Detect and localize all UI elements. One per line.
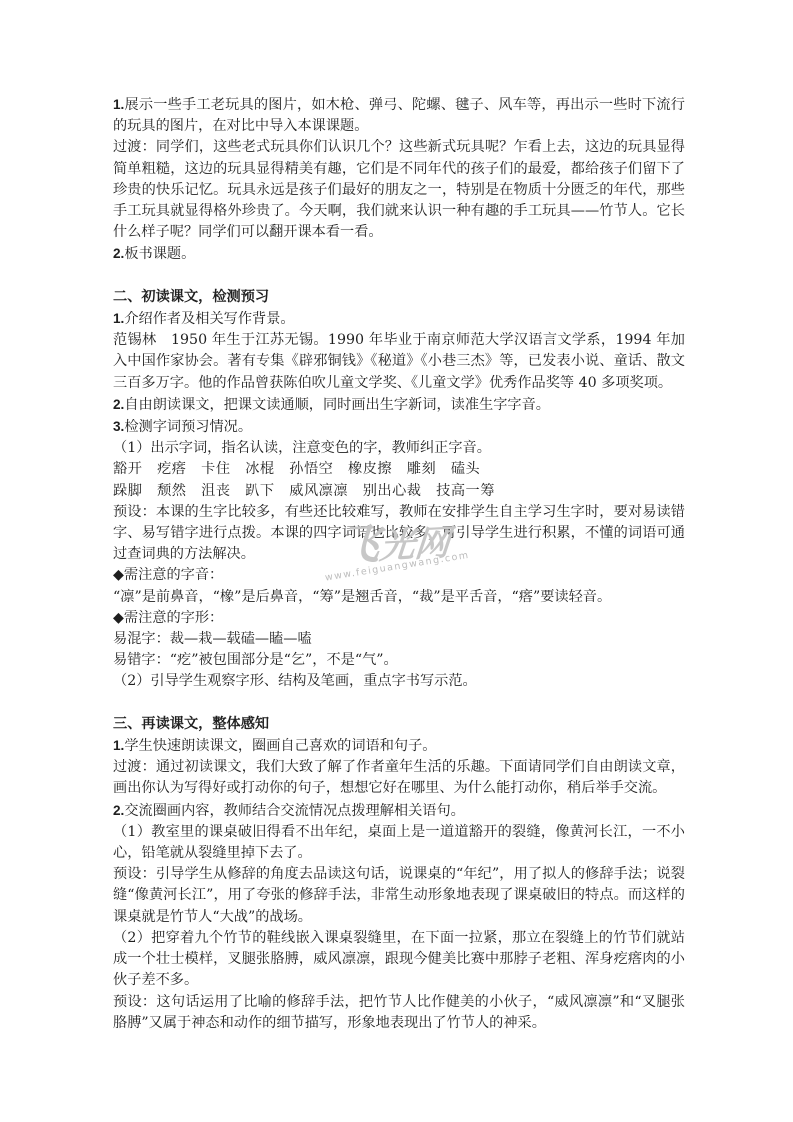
paragraph-spacer bbox=[113, 693, 685, 714]
paragraph: 1.学生快速朗读课文，圈画自己喜欢的词语和句子。 bbox=[113, 735, 685, 757]
paragraph: 过渡：同学们，这些老式玩具你们认识几个？这些新式玩具呢？乍看上去，这边的玩具显得… bbox=[113, 137, 685, 243]
list-number: 2. bbox=[113, 246, 124, 261]
section-heading: 三、再读课文，整体感知 bbox=[113, 714, 685, 735]
paragraph: 预设：本课的生字比较多，有些还比较难写，教师在安排学生自主学习生字时，要对易读错… bbox=[113, 502, 685, 566]
paragraph: （2）引导学生观察字形、结构及笔画，重点字书写示范。 bbox=[113, 671, 685, 692]
paragraph: ◆需注意的字形： bbox=[113, 608, 685, 629]
paragraph: （1）教室里的课桌破旧得看不出年纪，桌面上是一道道豁开的裂缝，像黄河长江，一不小… bbox=[113, 822, 685, 864]
paragraph: “凛”是前鼻音，“橡”是后鼻音，“筹”是翘舌音，“裁”是平舌音，“瘩”要读轻音。 bbox=[113, 587, 685, 608]
paragraph: ◆需注意的字音： bbox=[113, 565, 685, 586]
paragraph-text: 介绍作者及相关写作背景。 bbox=[124, 311, 294, 327]
list-number: 2. bbox=[113, 397, 124, 412]
paragraph: 2.板书课题。 bbox=[113, 243, 685, 265]
section-heading: 二、初读课文，检测预习 bbox=[113, 287, 685, 308]
list-number: 3. bbox=[113, 419, 124, 434]
paragraph-text: 交流圈画内容，教师结合交流情况点拨理解相关语句。 bbox=[124, 803, 465, 819]
paragraph: 过渡：通过初读课文，我们大致了解了作者童年生活的乐趣。下面请同学们自由朗读文章，… bbox=[113, 757, 685, 799]
paragraph: 1.展示一些手工老玩具的图片，如木枪、弹弓、陀螺、毽子、风车等，再出示一些时下流… bbox=[113, 94, 685, 137]
paragraph: 易混字：裁—栽—载磕—瞌—嗑 bbox=[113, 629, 685, 650]
list-number: 1. bbox=[113, 97, 124, 112]
list-number: 1. bbox=[113, 311, 124, 326]
word-list: 豁开 疙瘩 卡住 冰棍 孙悟空 橡皮擦 雕刻 磕头 bbox=[113, 459, 685, 480]
paragraph: 2.自由朗读课文，把课文读通顺，同时画出生字新词，读准生字字音。 bbox=[113, 394, 685, 416]
paragraph: 易错字：“疙”被包围部分是“乞”，不是“气”。 bbox=[113, 650, 685, 671]
list-number: 1. bbox=[113, 738, 124, 753]
paragraph-spacer bbox=[113, 266, 685, 287]
paragraph: 3.检测字词预习情况。 bbox=[113, 416, 685, 438]
paragraph-text: 学生快速朗读课文，圈画自己喜欢的词语和句子。 bbox=[124, 738, 436, 754]
paragraph-text: 检测字词预习情况。 bbox=[124, 419, 252, 435]
word-list: 跺脚 颓然 沮丧 趴下 威风凛凛 别出心裁 技高一筹 bbox=[113, 481, 685, 502]
paragraph: 预设：引导学生从修辞的角度去品读这句话，说课桌的“年纪”，用了拟人的修辞手法；说… bbox=[113, 864, 685, 928]
paragraph: （2）把穿着九个竹节的鞋线嵌入课桌裂缝里，在下面一拉紧，那立在裂缝上的竹节们就站… bbox=[113, 928, 685, 992]
paragraph: （1）出示字词，指名认读，注意变色的字，教师纠正字音。 bbox=[113, 438, 685, 459]
paragraph-text: 展示一些手工老玩具的图片，如木枪、弹弓、陀螺、毽子、风车等，再出示一些时下流行的… bbox=[113, 97, 685, 134]
paragraph: 预设：这句话运用了比喻的修辞手法，把竹节人比作健美的小伙子，“威风凛凛”和“叉腿… bbox=[113, 992, 685, 1034]
paragraph-text: 板书课题。 bbox=[124, 246, 195, 262]
paragraph: 1.介绍作者及相关写作背景。 bbox=[113, 308, 685, 330]
document-page: 飞光网 www.feiguangwang.com 1.展示一些手工老玩具的图片，… bbox=[0, 0, 793, 1122]
list-number: 2. bbox=[113, 803, 124, 818]
paragraph-text: 自由朗读课文，把课文读通顺，同时画出生字新词，读准生字字音。 bbox=[124, 397, 550, 413]
lesson-plan-document: 1.展示一些手工老玩具的图片，如木枪、弹弓、陀螺、毽子、风车等，再出示一些时下流… bbox=[113, 94, 685, 1034]
paragraph: 2.交流圈画内容，教师结合交流情况点拨理解相关语句。 bbox=[113, 800, 685, 822]
paragraph: 范锡林 1950 年生于江苏无锡。1990 年毕业于南京师范大学汉语言文学系，1… bbox=[113, 330, 685, 394]
